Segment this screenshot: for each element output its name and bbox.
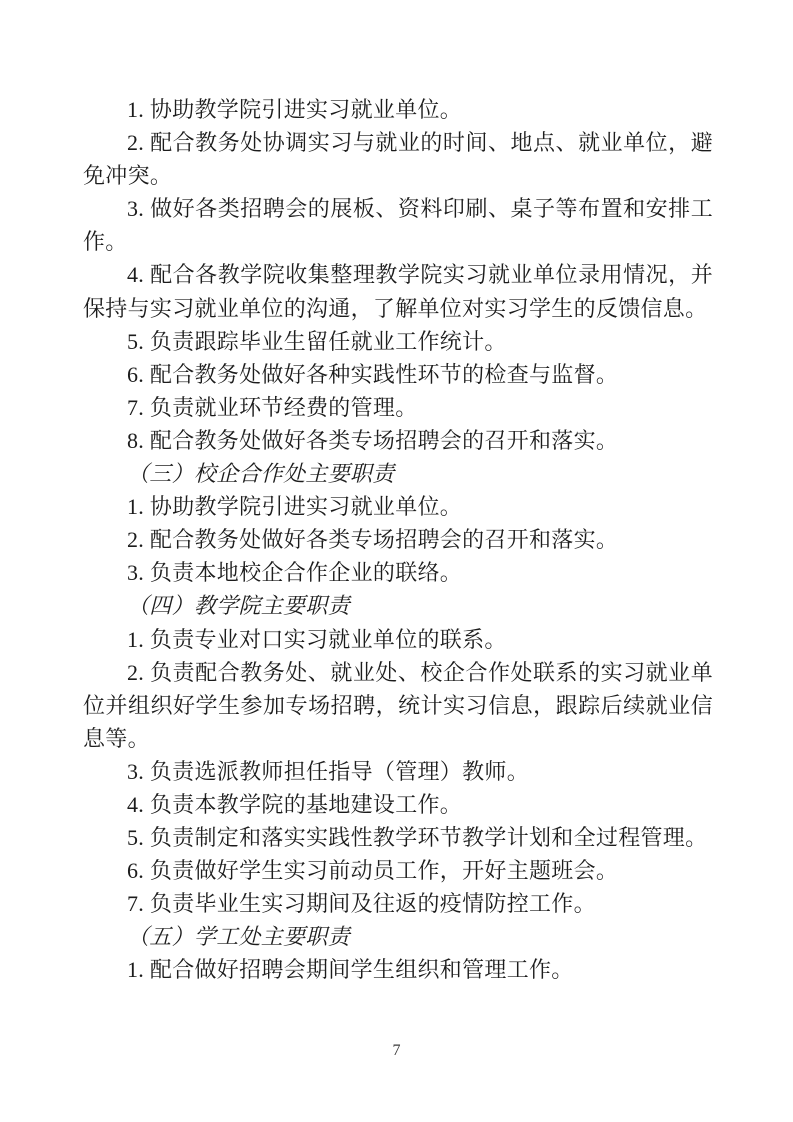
document-page: 1. 协助教学院引进实习就业单位。2. 配合教务处协调实习与就业的时间、地点、就… — [0, 0, 793, 1122]
section-heading: （五）学工处主要职责 — [83, 920, 713, 953]
list-paragraph: 7. 负责就业环节经费的管理。 — [83, 391, 713, 424]
list-paragraph: 8. 配合教务处做好各类专场招聘会的召开和落实。 — [83, 424, 713, 457]
list-paragraph: 4. 配合各教学院收集整理教学院实习就业单位录用情况，并保持与实习就业单位的沟通… — [83, 258, 713, 324]
list-paragraph: 3. 做好各类招聘会的展板、资料印刷、桌子等布置和安排工作。 — [83, 192, 713, 258]
list-paragraph: 6. 配合教务处做好各种实践性环节的检查与监督。 — [83, 358, 713, 391]
section-heading: （四）教学院主要职责 — [83, 589, 713, 622]
list-paragraph: 2. 配合教务处协调实习与就业的时间、地点、就业单位，避免冲突。 — [83, 126, 713, 192]
list-paragraph: 1. 协助教学院引进实习就业单位。 — [83, 490, 713, 523]
list-paragraph: 2. 负责配合教务处、就业处、校企合作处联系的实习就业单位并组织好学生参加专场招… — [83, 656, 713, 755]
section-heading: （三）校企合作处主要职责 — [83, 457, 713, 490]
list-paragraph: 3. 负责本地校企合作企业的联络。 — [83, 556, 713, 589]
document-body: 1. 协助教学院引进实习就业单位。2. 配合教务处协调实习与就业的时间、地点、就… — [83, 93, 713, 987]
list-paragraph: 1. 负责专业对口实习就业单位的联系。 — [83, 623, 713, 656]
list-paragraph: 7. 负责毕业生实习期间及往返的疫情防控工作。 — [83, 887, 713, 920]
list-paragraph: 6. 负责做好学生实习前动员工作，开好主题班会。 — [83, 854, 713, 887]
list-paragraph: 4. 负责本教学院的基地建设工作。 — [83, 788, 713, 821]
list-paragraph: 1. 配合做好招聘会期间学生组织和管理工作。 — [83, 953, 713, 986]
list-paragraph: 5. 负责跟踪毕业生留任就业工作统计。 — [83, 325, 713, 358]
list-paragraph: 2. 配合教务处做好各类专场招聘会的召开和落实。 — [83, 523, 713, 556]
page-number: 7 — [0, 1042, 793, 1060]
list-paragraph: 1. 协助教学院引进实习就业单位。 — [83, 93, 713, 126]
list-paragraph: 3. 负责选派教师担任指导（管理）教师。 — [83, 755, 713, 788]
list-paragraph: 5. 负责制定和落实实践性教学环节教学计划和全过程管理。 — [83, 821, 713, 854]
